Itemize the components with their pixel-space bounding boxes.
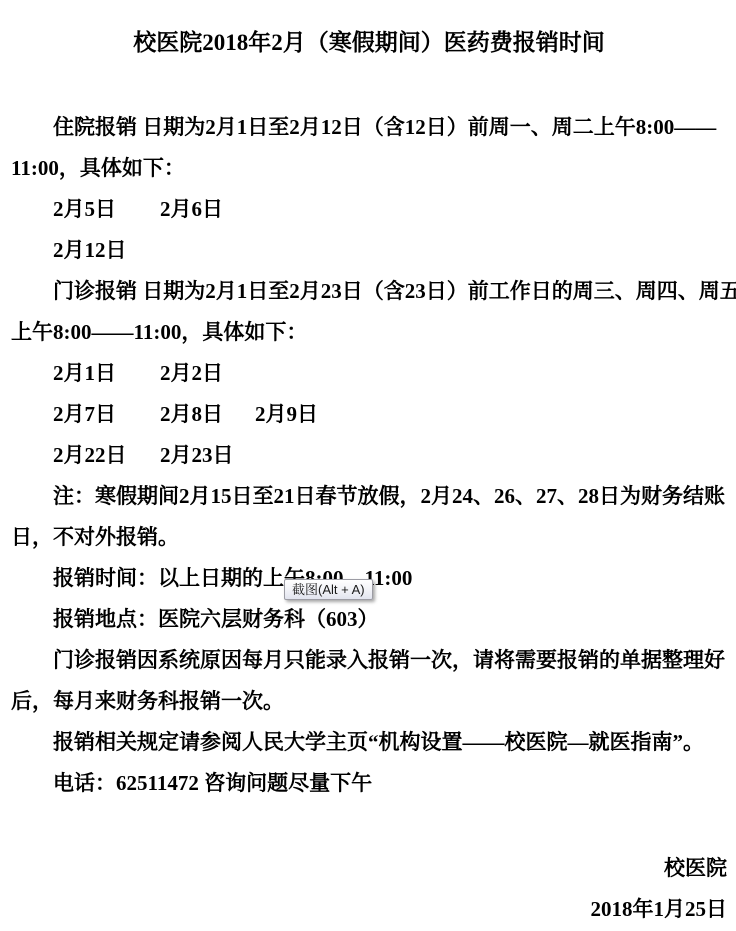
- date-cell: 2月5日: [53, 189, 160, 230]
- paragraph-line-outpatient-2: 上午8:00——11:00，具体如下：: [11, 312, 727, 353]
- date-row: 2月22日2月23日: [11, 435, 727, 476]
- date-cell: 2月7日: [53, 394, 160, 435]
- date-cell: 2月8日: [160, 394, 255, 435]
- date-cell: 2月22日: [53, 435, 160, 476]
- date-row: 2月12日: [11, 230, 727, 271]
- paragraph-line-location: 报销地点：医院六层财务科（603）: [11, 599, 727, 640]
- blank-line: [11, 63, 727, 107]
- date-cell: 2月23日: [160, 435, 255, 476]
- document-page: 校医院2018年2月（寒假期间）医药费报销时间 住院报销 日期为2月1日至2月1…: [0, 0, 736, 931]
- paragraph-line-rules: 报销相关规定请参阅人民大学主页“机构设置——校医院—就医指南”。: [11, 722, 727, 763]
- blank-line: [11, 804, 727, 848]
- date-cell: 2月9日: [255, 394, 350, 435]
- paragraph-line-note-2: 日，不对外报销。: [11, 517, 727, 558]
- signature-org: 校医院: [11, 848, 727, 889]
- tooltip-label: 截图(Alt + A): [292, 582, 365, 597]
- date-cell: 2月6日: [160, 189, 255, 230]
- date-row: 2月5日2月6日: [11, 189, 727, 230]
- signature-date: 2018年1月25日: [11, 889, 727, 930]
- paragraph-line-inpatient-2: 11:00，具体如下：: [11, 148, 727, 189]
- screenshot-tooltip: 截图(Alt + A): [284, 579, 373, 600]
- date-cell: 2月2日: [160, 353, 255, 394]
- page-title: 校医院2018年2月（寒假期间）医药费报销时间: [11, 22, 727, 63]
- paragraph-line-outpatient-1: 门诊报销 日期为2月1日至2月23日（含23日）前工作日的周三、周四、周五: [11, 271, 727, 312]
- date-cell: 2月12日: [53, 230, 160, 271]
- paragraph-line-system-2: 后，每月来财务科报销一次。: [11, 681, 727, 722]
- paragraph-line-system-1: 门诊报销因系统原因每月只能录入报销一次，请将需要报销的单据整理好: [11, 640, 727, 681]
- date-cell: 2月1日: [53, 353, 160, 394]
- date-row: 2月1日2月2日: [11, 353, 727, 394]
- paragraph-line-note-1: 注：寒假期间2月15日至21日春节放假，2月24、26、27、28日为财务结账: [11, 476, 727, 517]
- document-body: 校医院2018年2月（寒假期间）医药费报销时间 住院报销 日期为2月1日至2月1…: [0, 0, 736, 930]
- date-row: 2月7日2月8日2月9日: [11, 394, 727, 435]
- paragraph-line-inpatient-1: 住院报销 日期为2月1日至2月12日（含12日）前周一、周二上午8:00——: [11, 107, 727, 148]
- paragraph-line-phone: 电话：62511472 咨询问题尽量下午: [11, 763, 727, 804]
